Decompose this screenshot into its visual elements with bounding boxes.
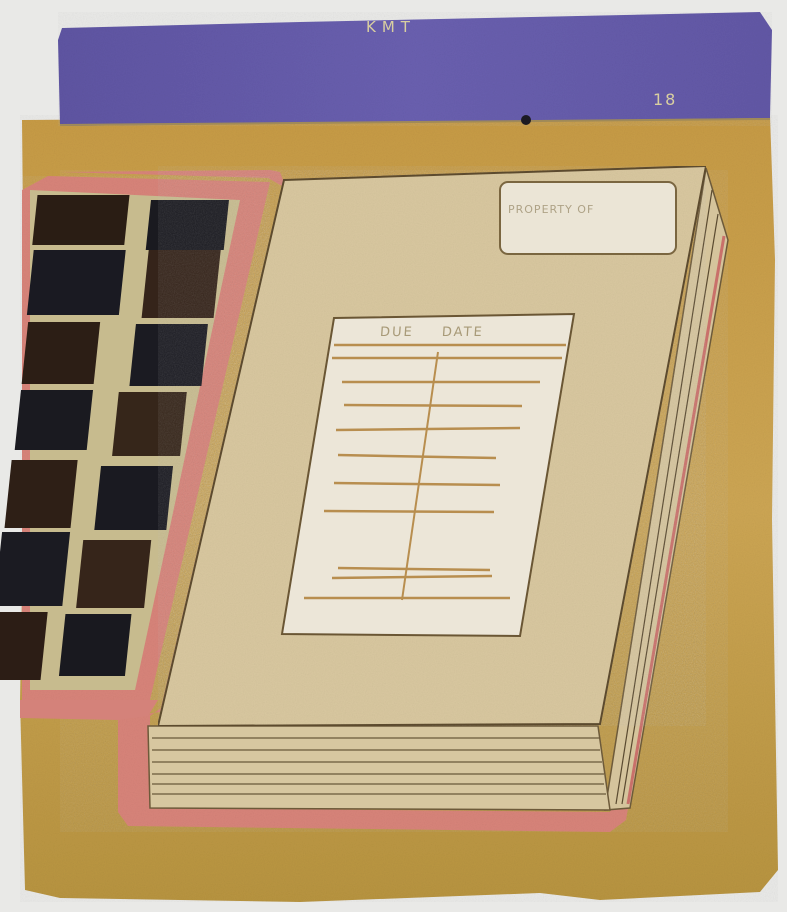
edition-number: 18 (653, 90, 677, 109)
due-date-title: DUE DATE (379, 325, 484, 340)
book-plate (500, 182, 676, 254)
ceramic-tile-artwork: KMT 18 DUE DATE PROPERTY OF (0, 0, 787, 912)
tile-illustration (0, 0, 787, 912)
artist-signature: KMT (366, 18, 416, 36)
book-plate-text: PROPERTY OF (508, 203, 668, 216)
